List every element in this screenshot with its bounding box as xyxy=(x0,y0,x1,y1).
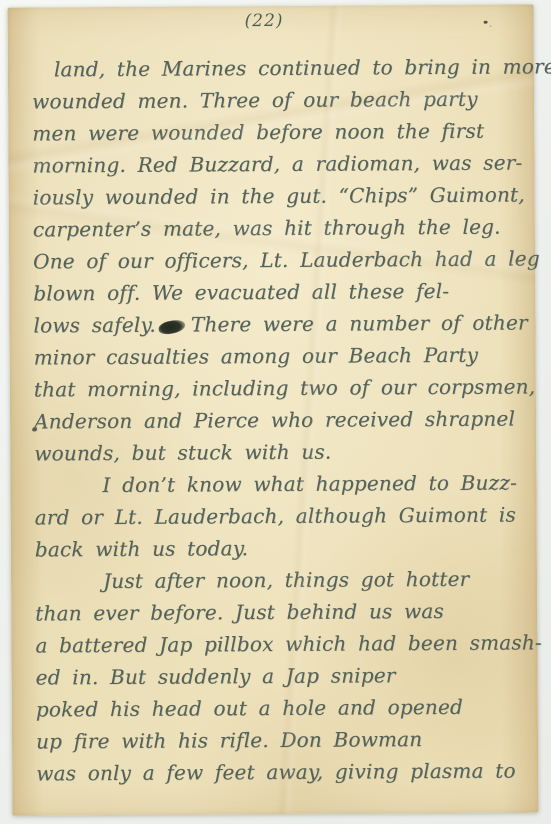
letter-line: morning. Red Buzzard, a radioman, was se… xyxy=(32,146,522,181)
letter-line: carpenter’s mate, was hit through the le… xyxy=(33,210,523,245)
letter-page: (22) land, the Marines continued to brin… xyxy=(8,4,539,815)
line-segment: lows safely. xyxy=(33,313,156,338)
letter-line: wounds, but stuck with us. xyxy=(34,434,524,469)
letter-line: minor casualties among our Beach Party xyxy=(34,338,524,373)
letter-line: iously wounded in the gut. “Chips” Guimo… xyxy=(33,178,523,213)
letter-line: I don’t know what happened to Buzz- xyxy=(102,466,524,501)
pen-dot xyxy=(484,21,488,24)
ink-blot xyxy=(158,319,186,335)
letter-line: that morning, including two of our corps… xyxy=(34,370,524,405)
letter-line: land, the Marines continued to bring in … xyxy=(54,50,522,85)
letter-line: ed in. But suddenly a Jap sniper xyxy=(36,658,526,693)
letter-line: One of our officers, Lt. Lauderbach had … xyxy=(33,242,523,277)
letter-line: was only a few feet away, giving plasma … xyxy=(36,754,526,789)
letter-line: a battered Jap pillbox which had been sm… xyxy=(35,626,525,661)
letter-line: wounded men. Three of our beach party xyxy=(32,82,522,117)
letter-line: up fire with his rifle. Don Bowman xyxy=(36,722,526,757)
letter-line: lows safely.There were a number of other xyxy=(33,306,523,341)
letter-line: back with us today. xyxy=(35,530,525,565)
letter-line: blown off. We evacuated all these fel- xyxy=(33,274,523,309)
letter-line: poked his head out a hole and opened xyxy=(36,690,526,725)
letter-line: Just after noon, things got hotter xyxy=(103,562,525,597)
letter-body: land, the Marines continued to bring in … xyxy=(32,50,526,789)
page-number: (22) xyxy=(245,11,284,31)
letter-line: than ever before. Just behind us was xyxy=(35,594,525,629)
scan-background: (22) land, the Marines continued to brin… xyxy=(0,0,551,824)
letter-line: Anderson and Pierce who received shrapne… xyxy=(34,402,524,437)
letter-line: ard or Lt. Lauderbach, although Guimont … xyxy=(35,498,525,533)
line-segment: There were a number of other xyxy=(191,310,528,336)
letter-line: men were wounded before noon the first xyxy=(32,114,522,149)
